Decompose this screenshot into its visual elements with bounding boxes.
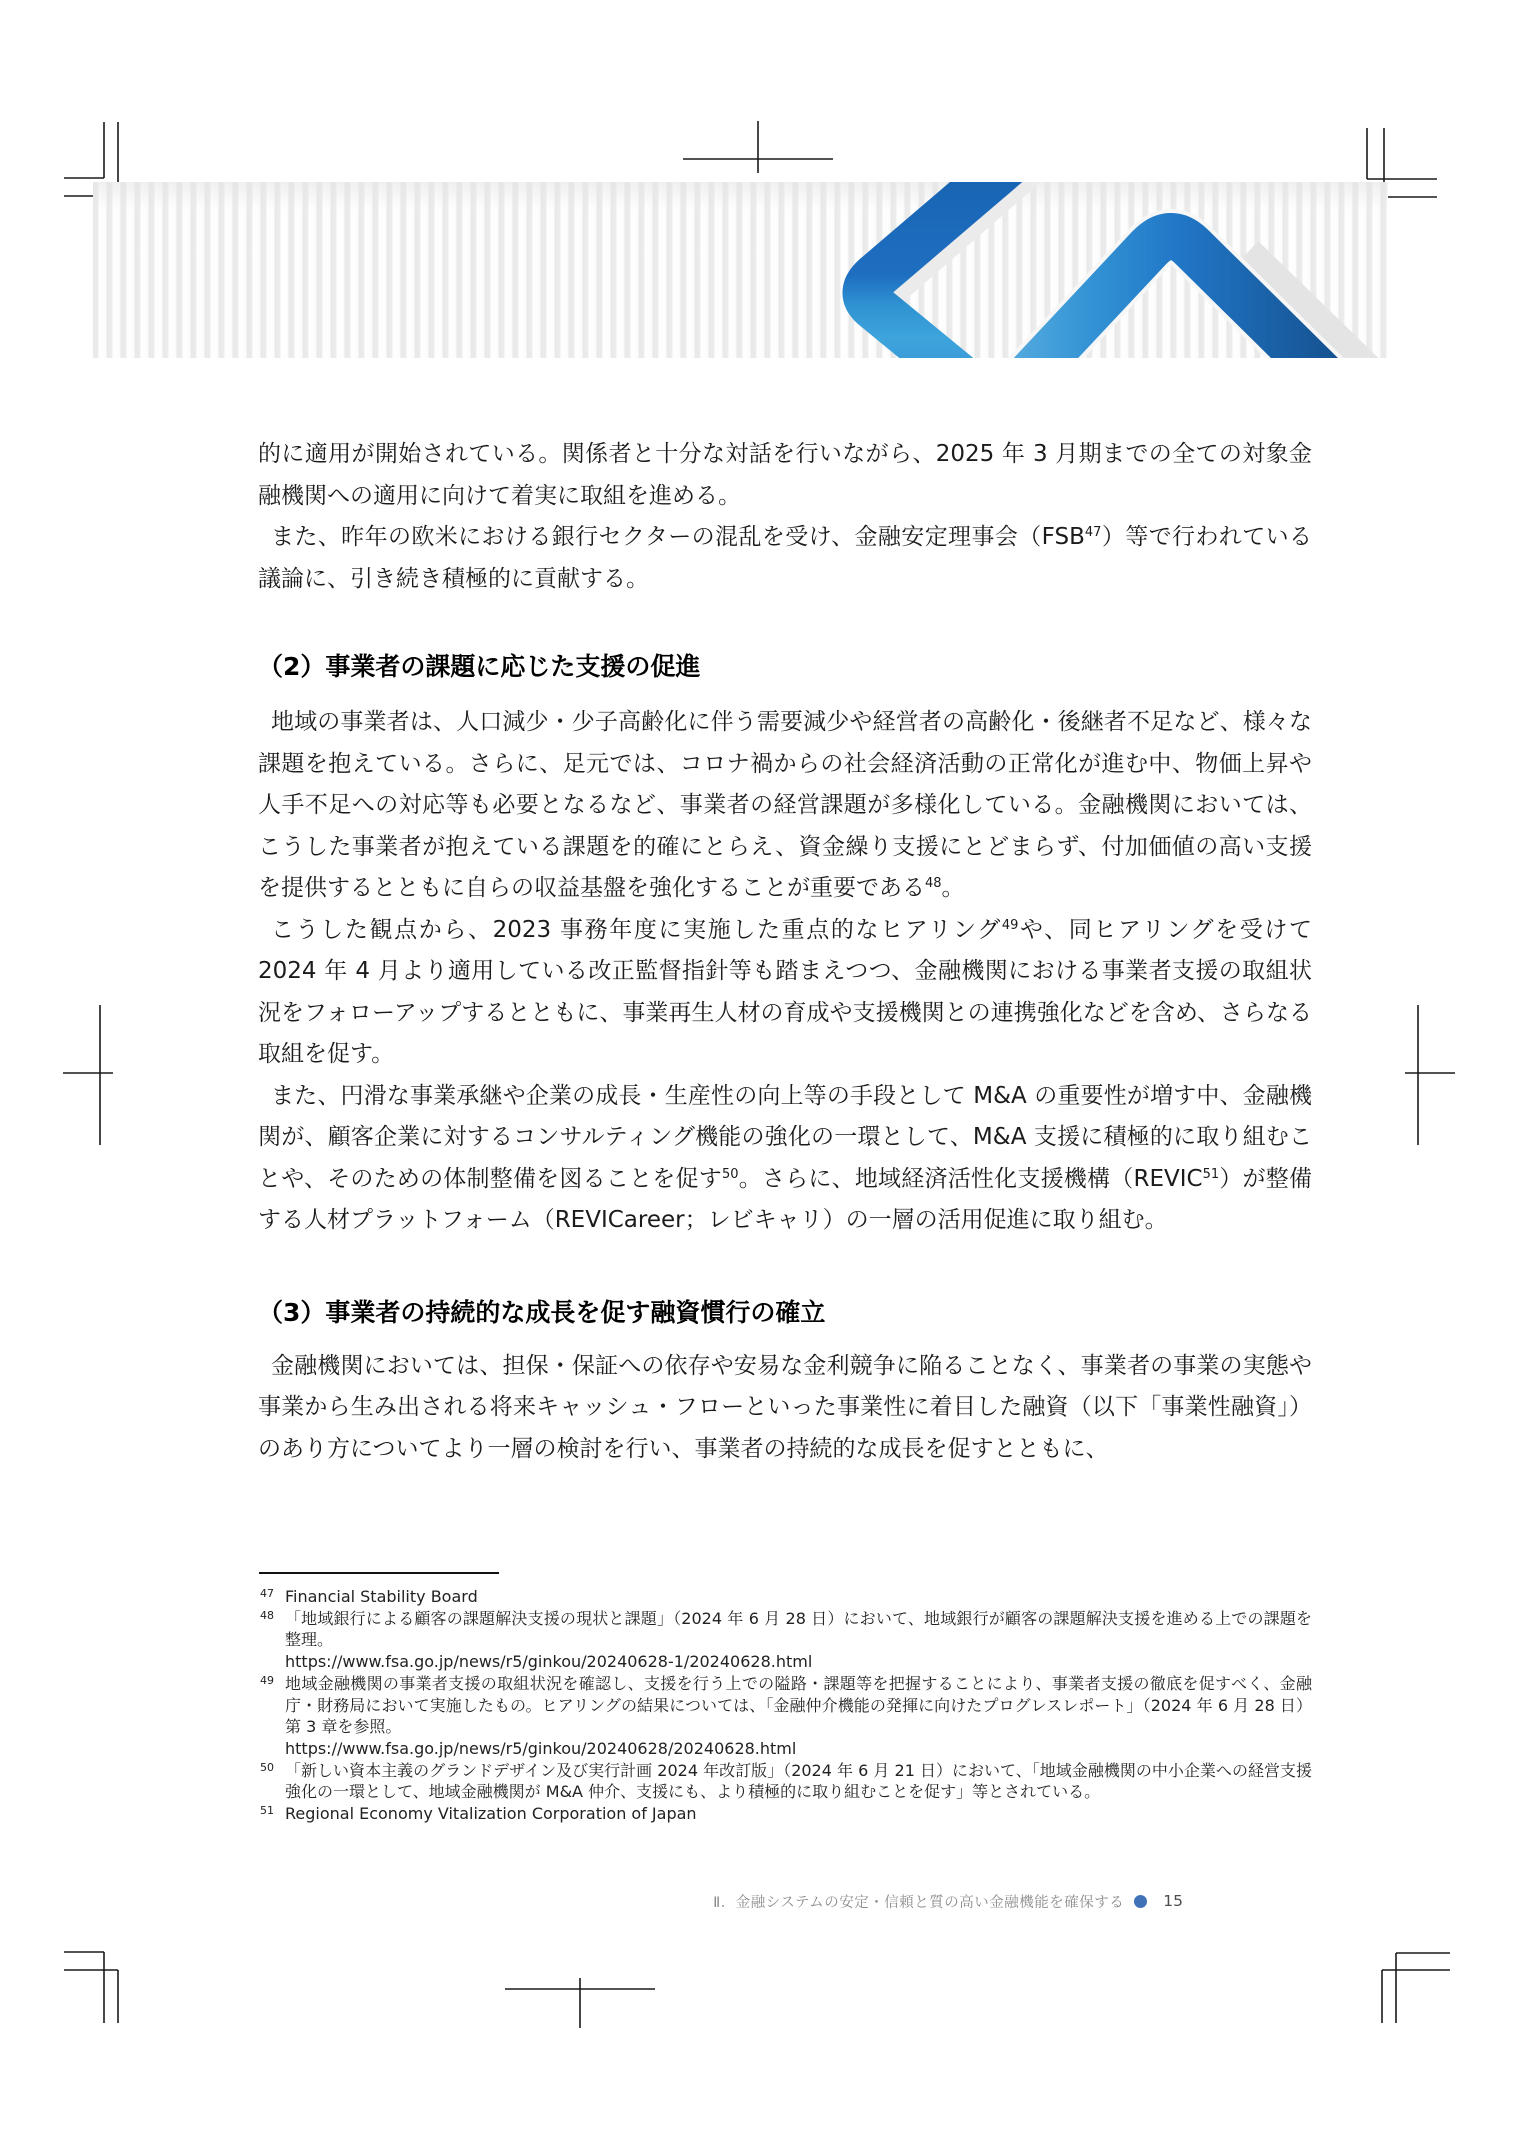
- section-heading: （3）事業者の持続的な成長を促す融資慣行の確立: [258, 1292, 1312, 1334]
- footnote-ref: 51: [1203, 1167, 1220, 1182]
- page-footer: Ⅱ．金融システムの安定・信頼と質の高い金融機能を確保する 15: [258, 1886, 1183, 1916]
- footnotes: 47Financial Stability Board48「地域銀行による顧客の…: [258, 1586, 1312, 1825]
- section-heading: （2）事業者の課題に応じた支援の促進: [258, 646, 1312, 688]
- footer-bullet: [1134, 1895, 1147, 1908]
- trim-mark-bottom-center: [505, 1978, 655, 2028]
- footnote-text: Financial Stability Board: [285, 1586, 1312, 1608]
- paragraph: 金融機関においては、担保・保証への依存や安易な金利競争に陥ることなく、事業者の事…: [258, 1346, 1312, 1471]
- footnote-url: https://www.fsa.go.jp/news/r5/ginkou/202…: [285, 1651, 1312, 1673]
- trim-mark-top-center: [683, 121, 833, 173]
- footnote: 49地域金融機関の事業者支援の取組状況を確認し、支援を行う上での隘路・課題等を把…: [258, 1673, 1312, 1760]
- footnote-text: 「地域銀行による顧客の課題解決支援の現状と課題」（2024 年 6 月 28 日…: [285, 1608, 1312, 1651]
- footnote: 47Financial Stability Board: [258, 1586, 1312, 1608]
- header-banner: [93, 182, 1388, 358]
- footer-section-title: Ⅱ．金融システムの安定・信頼と質の高い金融機能を確保する: [713, 1891, 1124, 1912]
- body-text: 的に適用が開始されている。関係者と十分な対話を行いながら、2025 年 3 月期…: [258, 434, 1312, 1470]
- footnote-number: 50: [260, 1757, 274, 1779]
- footnote-number: 51: [260, 1800, 274, 1822]
- trim-mark-bottom-left: [64, 1952, 118, 2023]
- paragraph: また、昨年の欧米における銀行セクターの混乱を受け、金融安定理事会（FSB47）等…: [258, 517, 1312, 600]
- footnote-separator: [259, 1572, 499, 1574]
- footnote-ref: 47: [1085, 525, 1102, 540]
- footnote-text: Regional Economy Vitalization Corporatio…: [285, 1803, 1312, 1825]
- document-page: { "page": { "footer": { "section_label":…: [0, 0, 1518, 2150]
- footnote-url: https://www.fsa.go.jp/news/r5/ginkou/202…: [285, 1738, 1312, 1760]
- footnote: 50「新しい資本主義のグランドデザイン及び実行計画 2024 年改訂版」（202…: [258, 1760, 1312, 1803]
- paragraph: 的に適用が開始されている。関係者と十分な対話を行いながら、2025 年 3 月期…: [258, 434, 1312, 517]
- paragraph: 地域の事業者は、人口減少・少子高齢化に伴う需要減少や経営者の高齢化・後継者不足な…: [258, 702, 1312, 910]
- footnote: 51Regional Economy Vitalization Corporat…: [258, 1803, 1312, 1825]
- trim-mark-bottom-right: [1382, 1953, 1450, 2023]
- footnote-ref: 50: [722, 1167, 739, 1182]
- fsa-logo: [93, 182, 1388, 358]
- trim-mark-right-middle: [1405, 1005, 1455, 1145]
- footer-page-number: 15: [1163, 1892, 1183, 1910]
- footnote-text: 地域金融機関の事業者支援の取組状況を確認し、支援を行う上での隘路・課題等を把握す…: [285, 1673, 1312, 1738]
- footnote-ref: 48: [925, 876, 942, 891]
- paragraph: こうした観点から、2023 事務年度に実施した重点的なヒアリング49や、同ヒアリ…: [258, 910, 1312, 1076]
- footnote: 48「地域銀行による顧客の課題解決支援の現状と課題」（2024 年 6 月 28…: [258, 1608, 1312, 1673]
- footnote-number: 49: [260, 1670, 274, 1692]
- footnote-ref: 49: [1002, 918, 1019, 933]
- trim-mark-left-middle: [63, 1005, 113, 1145]
- paragraph: また、円滑な事業承継や企業の成長・生産性の向上等の手段として M&A の重要性が…: [258, 1076, 1312, 1242]
- footnote-text: 「新しい資本主義のグランドデザイン及び実行計画 2024 年改訂版」（2024 …: [285, 1760, 1312, 1803]
- footnote-number: 48: [260, 1605, 274, 1627]
- footnote-number: 47: [260, 1583, 274, 1605]
